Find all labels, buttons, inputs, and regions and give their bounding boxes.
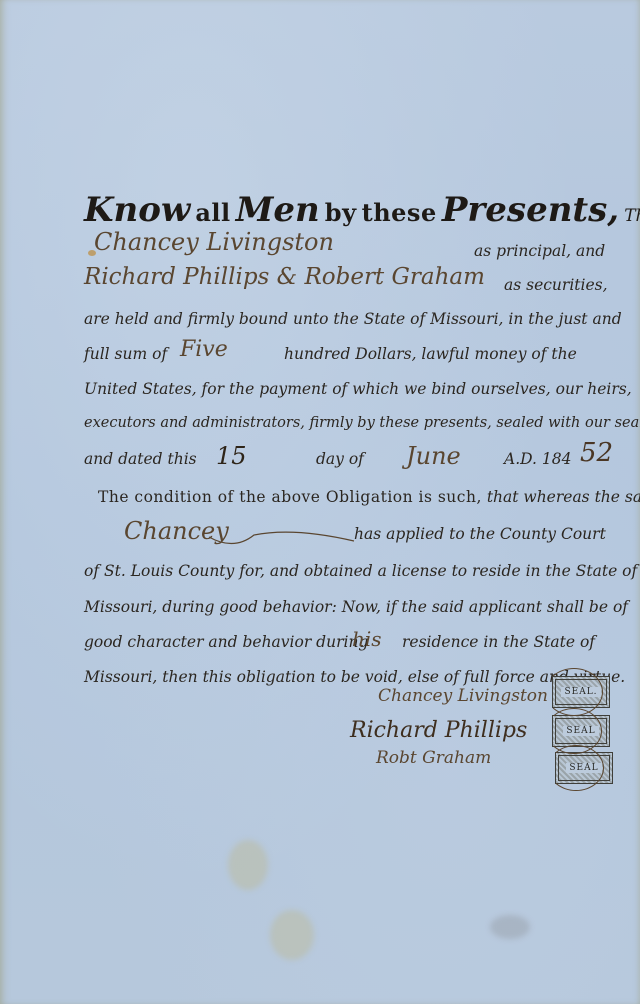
paper-stain [490,915,530,939]
printed-year-digit: 4 [562,450,572,468]
sum-handwritten: Five [180,337,228,362]
text-line: executors and administrators, firmly by … [84,415,614,445]
text-line-sum: full sum of Five hundred Dollars, lawful… [84,345,614,375]
printed-text: executors and administrators, firmly by … [84,415,640,431]
text-line: Missouri, during good behavior: Now, if … [84,598,614,628]
document-heading: Know all Men by these Presents, That We, [84,190,624,230]
printed-text: residence in the State of [402,633,595,651]
paper-stain [228,840,268,890]
printed-text: are held and firmly bound unto the State… [84,310,622,328]
printed-text: full sum of [84,345,167,363]
year-handwritten: 52 [580,438,613,468]
heading-word: these [362,198,437,227]
text-line: United States, for the payment of which … [84,380,614,410]
printed-text: day of [316,450,364,468]
signature: Chancey Livingston [378,686,548,706]
heading-word: Know [84,190,190,230]
printed-text: has applied to the County Court [354,525,606,543]
principal-name-handwritten: Chancey Livingston [94,228,334,256]
document-page: Know all Men by these Presents, That We,… [0,0,640,1004]
text-line: are held and firmly bound unto the State… [84,310,614,340]
text-line-condition: The condition of the above Obligation is… [84,488,614,518]
printed-text: that whereas the said [487,488,640,506]
printed-text: and dated this [84,450,197,468]
heading-word: all [195,198,230,227]
heading-word: Men [236,190,320,230]
text-line-date: and dated this 15 day of June A.D. 184 5… [84,450,614,480]
text-line-securities: Richard Phillips & Robert Graham as secu… [84,270,614,300]
printed-text: hundred Dollars, lawful money of the [284,345,577,363]
printed-text: as principal, and [474,242,605,260]
text-line-conduct: good character and behavior during his r… [84,633,614,663]
printed-text: of St. Louis County for, and obtained a … [84,562,637,580]
text-line-principal: Chancey Livingston as principal, and [84,236,614,266]
signature: Robt Graham [376,748,491,768]
month-handwritten: June [406,442,461,470]
heading-word: Presents, [442,190,619,230]
text-line-applicant: Chancey has applied to the County Court [84,525,614,555]
pen-flourish [204,529,364,549]
signature: Richard Phillips [350,718,527,743]
heading-word: by [325,198,357,227]
paper-stain [270,910,314,960]
printed-text: A.D. 18 [504,450,562,468]
printed-text: The condition of the above Obligation is… [98,488,482,506]
printed-text: good character and behavior during [84,633,368,651]
pronoun-handwritten: his [352,627,382,651]
text-line: of St. Louis County for, and obtained a … [84,562,614,592]
day-handwritten: 15 [216,442,247,470]
printed-text: United States, for the payment of which … [84,380,632,398]
printed-year: A.D. 184 [504,450,571,468]
heading-tail: That We, [624,206,640,226]
seal-scroll-mark [548,745,604,791]
printed-text: Missouri, then this obligation to be voi… [84,668,625,686]
securities-names-handwritten: Richard Phillips & Robert Graham [84,264,485,290]
printed-text: Missouri, during good behavior: Now, if … [84,598,628,616]
printed-text: as securities, [504,276,608,294]
